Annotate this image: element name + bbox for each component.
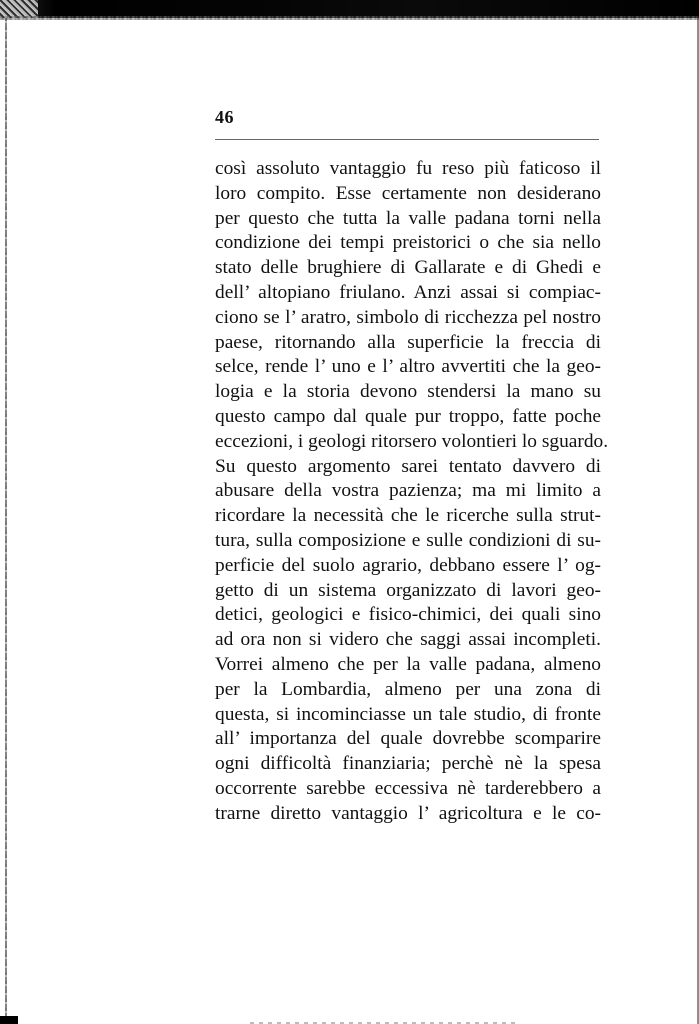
text-line: ad ora non si videro che saggi assai inc…	[215, 628, 601, 653]
text-line: tura, sulla composizione e sulle condizi…	[215, 529, 601, 554]
text-line: ciono se l’ aratro, simbolo di ricchezza…	[215, 306, 601, 331]
text-line: Vorrei almeno che per la valle padana, a…	[215, 653, 601, 678]
text-line: per la Lombardia, almeno per una zona di	[215, 678, 601, 703]
text-line: ricordare la necessità che le ricerche s…	[215, 504, 601, 529]
text-line: detici, geologici e fisico-chimici, dei …	[215, 603, 601, 628]
text-line: occorrente sarebbe eccessiva nè tardereb…	[215, 777, 601, 802]
text-line: questo campo dal quale pur troppo, fatte…	[215, 405, 601, 430]
text-line: condizione dei tempi preistorici o che s…	[215, 231, 601, 256]
text-line: getto di un sistema organizzato di lavor…	[215, 579, 601, 604]
header-rule	[215, 139, 599, 140]
body-paragraph: così assoluto vantaggio fu reso più fati…	[215, 157, 601, 827]
text-line: dell’ altopiano friulano. Anzi assai si …	[215, 281, 601, 306]
text-line: Su questo argomento sarei tentato davver…	[215, 455, 601, 480]
text-line: stato delle brughiere di Gallarate e di …	[215, 256, 601, 281]
text-line: loro compito. Esse certamente non deside…	[215, 182, 601, 207]
text-line: per questo che tutta la valle padana tor…	[215, 207, 601, 232]
text-line: eccezioni, i geologi ritorsero volontier…	[215, 430, 601, 455]
text-line: perficie del suolo agrario, debbano esse…	[215, 554, 601, 579]
scan-top-edge	[0, 16, 699, 20]
text-line: questa, si incominciasse un tale studio,…	[215, 703, 601, 728]
text-line: selce, rende l’ uno e l’ altro avvertiti…	[215, 355, 601, 380]
text-line: paese, ritornando alla superficie la fre…	[215, 331, 601, 356]
text-line: ogni difficoltà finanziaria; perchè nè l…	[215, 752, 601, 777]
scan-left-margin-line	[5, 18, 7, 1018]
text-line: così assoluto vantaggio fu reso più fati…	[215, 157, 601, 182]
scan-bottom-artifact	[0, 1016, 18, 1024]
text-line: logia e la storia devono stendersi la ma…	[215, 380, 601, 405]
text-line: all’ importanza del quale dovrebbe scomp…	[215, 727, 601, 752]
text-line: trarne diretto vantaggio l’ agricoltura …	[215, 802, 601, 827]
page-number: 46	[215, 107, 234, 128]
text-line: abusare della vostra pazienza; ma mi lim…	[215, 479, 601, 504]
